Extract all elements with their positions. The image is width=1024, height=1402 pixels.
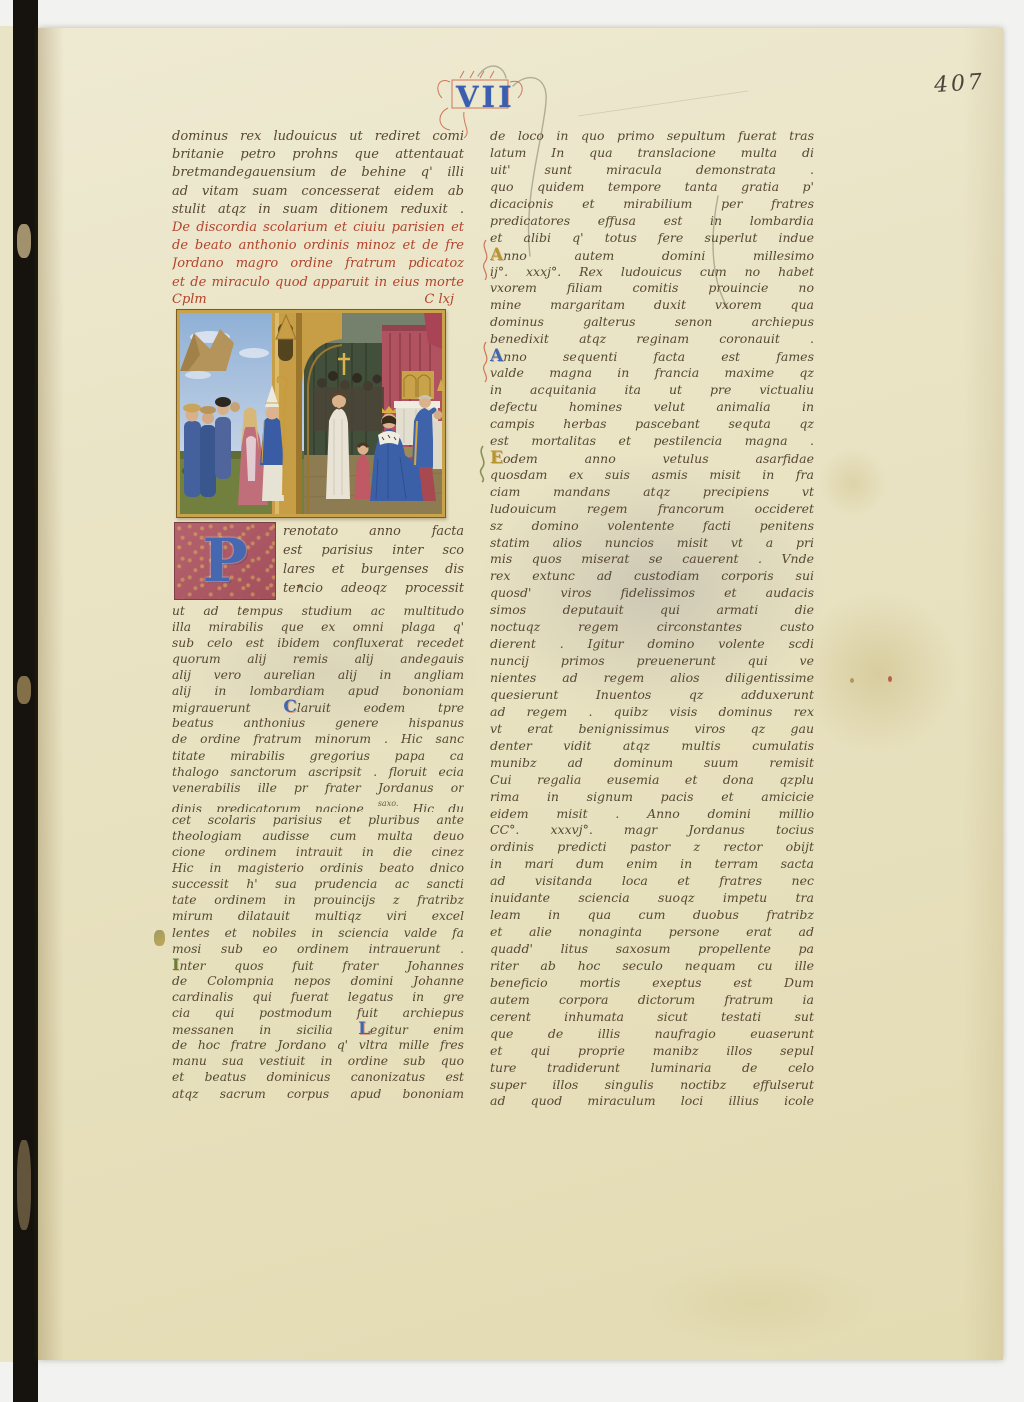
text-line: Anno autem domini millesimo [490, 247, 814, 264]
initial-P-panel: P [174, 522, 276, 600]
text-line: De discordia scolarium et ciuiu parisien… [172, 219, 464, 237]
text-line: Eodem anno vetulus asarfidae [490, 450, 814, 467]
text-line: successit h' sua prudencia ac sancti [172, 876, 464, 892]
folio-number: 407 [933, 67, 1024, 98]
text-line: cardinalis qui fuerat legatus in gre [172, 989, 464, 1005]
text-line: de loco in quo primo sepultum fuerat tra… [490, 128, 814, 145]
text-line: et alibi q' totus fere superlut indue [490, 230, 814, 247]
text-line: stulit atqz in suam ditionem reduxit . [172, 201, 464, 219]
text-line: alij vero aurelian alij in angliam [172, 667, 464, 683]
text-line: uit' sunt miracula demonstrata . [490, 162, 814, 179]
text-line: CC°. xxxvj°. magr Jordanus tocius [490, 822, 814, 839]
text-line: defectu homines velut animalia in [490, 399, 814, 416]
left-body-block: ut ad tempus studium ac multitudoilla mi… [172, 603, 464, 1102]
text-line: et alie nonaginta persone erat ad [490, 924, 814, 941]
scanned-manuscript-page: 407 VII [0, 0, 1024, 1402]
text-line: et beatus dominicus canonizatus est [172, 1069, 464, 1085]
parchment-page: 407 VII [38, 28, 1003, 1360]
text-line: cione ordinem intrauit in die cinez [172, 844, 464, 860]
text-line: benedixit atqz reginam coronauit . [490, 331, 814, 348]
text-line: leam in qua cum duobus fratribz [490, 907, 814, 924]
text-line: beatus anthonius genere hispanus [172, 715, 464, 731]
text-line: vxorem filiam comitis prouincie no [490, 280, 814, 297]
text-line: rex extunc ad custodiam corporis sui [490, 568, 814, 585]
text-line: rima in signum pacis et amicicie [490, 789, 814, 806]
text-span: migrauerunt [172, 701, 283, 715]
text-line: quadd' litus saxosum propellente pa [490, 941, 814, 958]
left-rubric-block: De discordia scolarium et ciuiu parisien… [172, 219, 464, 292]
stain [638, 1258, 878, 1348]
text-line: latum In qua translacione multa di [490, 145, 814, 162]
quire-numeral-text: VII [456, 80, 515, 114]
text-line: manu sua vestiuit in ordine sub quo [172, 1053, 464, 1069]
text-line: super illos singulis noctibz effulserut [490, 1077, 814, 1094]
text-line: de beato anthonio ordinis minoz et de fr… [172, 237, 464, 255]
initial-P-letter: P [202, 531, 247, 591]
decorated-initial: A [490, 348, 503, 365]
text-line: alij in lombardiam apud bononiam [172, 683, 464, 699]
right-text-column: de loco in quo primo sepultum fuerat tra… [490, 128, 814, 1110]
text-span: laruit eodem tpre [297, 701, 464, 715]
text-span: odem anno vetulus asarfidae [503, 451, 814, 466]
text-line: ordinis predicti pastor z rector obijt [490, 839, 814, 856]
ink-speck [850, 678, 854, 683]
text-line: quesierunt Inuentos qz adduxerunt [490, 687, 814, 704]
text-line: Hic in magisterio ordinis beato dnico [172, 860, 464, 876]
coronation-scene-miniature [176, 309, 446, 518]
text-line: dierent . Igitur domino volente scdi [490, 636, 814, 653]
text-line: riter ab hoc seculo nequam cu ille [490, 958, 814, 975]
text-line: mine margaritam duxit vxorem qua [490, 297, 814, 314]
text-line: de Colompnia nepos domini Johanne [172, 973, 464, 989]
text-line: de hoc fratre Jordano q' vltra mille fre… [172, 1037, 464, 1053]
text-line: inuidante sciencia suoqz impetu tra [490, 890, 814, 907]
text-line: tate ordinem in prouincijs z fratribz [172, 892, 464, 908]
text-line: noctuqz regem circonstantes custo [490, 619, 814, 636]
text-line: dicacionis et mirabilium per fratres [490, 196, 814, 213]
right-body-block: de loco in quo primo sepultum fuerat tra… [490, 128, 814, 1110]
text-line: ut ad tempus studium ac multitudo [172, 603, 464, 619]
binding-stitch [17, 676, 31, 704]
chapter-ref-right: C lxj [424, 292, 454, 307]
text-line: tencio adeoqz processit [283, 579, 464, 598]
text-line: predicatores effusa est in lombardia [490, 213, 814, 230]
text-line: denter vidit atqz multis cumulatis [490, 738, 814, 755]
text-span: egitur enim [370, 1023, 464, 1037]
text-line: cia qui postmodum fuit archiepus [172, 1005, 464, 1021]
text-line: renotato anno facta [283, 522, 464, 541]
text-span: nno autem domini millesimo [503, 248, 814, 263]
text-line: bretmandegauensium de behine q' illi [172, 164, 464, 182]
text-span: messanen in sicilia [172, 1023, 358, 1037]
decorated-initial: saxo. [378, 799, 399, 808]
text-line: venerabilis ille pr frater Jordanus or [172, 780, 464, 796]
text-line: mosi sub eo ordinem intrauerunt . [172, 941, 464, 957]
text-line: sz domino volentente facti penitens [490, 518, 814, 535]
text-line: thalogo sanctorum ascripsit . floruit ec… [172, 764, 464, 780]
binding-stitch [17, 224, 31, 258]
miniature-painting [176, 309, 446, 518]
text-line: illa mirabilis que ex omni plaga q' [172, 619, 464, 635]
text-line: ad quod miraculum loci illius icole [490, 1093, 814, 1110]
text-line: lentes et nobiles in sciencia valde fa [172, 925, 464, 941]
text-line: atqz sacrum corpus apud bononiam [172, 1086, 464, 1102]
text-span: dinis predicatorum nacione [172, 802, 378, 812]
text-line: nuncij primos preuenerunt qui ve [490, 653, 814, 670]
text-line: et de miraculo quod apparuit in eius mor… [172, 274, 464, 292]
text-line: eidem misit . Anno domini millio [490, 806, 814, 823]
text-line: Cui regalia eusemia et dona qzplu [490, 772, 814, 789]
text-line: de ordine fratrum minorum . Hic sanc [172, 731, 464, 747]
text-line: dominus rex ludouicus ut rediret comi [172, 128, 464, 146]
text-line: titate mirabilis gregorius papa ca [172, 748, 464, 764]
stain [818, 448, 888, 518]
left-text-column: dominus rex ludouicus ut rediret comibri… [172, 128, 464, 1102]
text-line: beneficio mortis exeptus est Dum [490, 975, 814, 992]
text-span: Hic du [398, 802, 464, 812]
text-line: statim alios nuncios misit vt a pri [490, 535, 814, 552]
binding-stitch [17, 1140, 31, 1230]
text-line: campis herbas pascebant sequta qz [490, 416, 814, 433]
decorated-initial: L [358, 1021, 370, 1037]
text-line: quo quidem tempore tanta gratia p' [490, 179, 814, 196]
green-penwork-flourish [474, 444, 490, 484]
text-line: ad visitanda loca et fratres nec [490, 873, 814, 890]
text-line: ciam mandans atqz precipiens vt [490, 484, 814, 501]
text-line: Jordano magro ordine fratrum pdicatoz [172, 255, 464, 273]
text-line: que de illis naufragio euaserunt [490, 1026, 814, 1043]
text-line: sub celo est ibidem confluxerat recedet [172, 635, 464, 651]
text-line: theologiam audisse cum multa deuo [172, 828, 464, 844]
text-line: lares et burgenses dis [283, 560, 464, 579]
green-marginal-initial-mark [154, 930, 165, 946]
binding-gutter [13, 0, 38, 1402]
text-line: britanie petro prohns que attentauat [172, 146, 464, 164]
text-line: est mortalitas et pestilencia magna . [490, 433, 814, 450]
text-line: cet scolaris parisius et pluribus ante [172, 812, 464, 828]
initial-adjacent-lines: renotato anno factaest parisius inter sc… [283, 522, 464, 600]
text-line: simos deputauit qui armati die [490, 602, 814, 619]
text-line: vt erat benignissimus viros qz gau [490, 721, 814, 738]
text-line: migrauerunt Claruit eodem tpre [172, 699, 464, 715]
text-line: est parisius inter sco [283, 541, 464, 560]
text-line: mis quos miserat se cauerent . Vnde [490, 551, 814, 568]
red-speck [888, 676, 892, 682]
text-line: quorum alij remis alij andegauis [172, 651, 464, 667]
text-line: valde magna in francia maxime qz [490, 365, 814, 382]
text-line: dinis predicatorum nacione saxo. Hic du [172, 796, 464, 812]
decorated-initial: C [283, 699, 297, 715]
text-line: ad vitam suam concesserat eidem ab [172, 183, 464, 201]
text-line: messanen in sicilia Legitur enim [172, 1021, 464, 1037]
text-line: ij°. xxxj°. Rex ludouicus cum no habet [490, 264, 814, 281]
text-line: ture tradiderunt luminaria de celo [490, 1060, 814, 1077]
text-line: autem corpora dictorum fratrum ia [490, 992, 814, 1009]
text-line: cerent inhumata sicut testati sut [490, 1009, 814, 1026]
chapter-ref-left: Cplm [172, 292, 207, 307]
text-line: in acquitania ita ut pre victualiu [490, 382, 814, 399]
text-line: Inter quos fuit frater Johannes [172, 957, 464, 973]
text-line: ad regem . quibz visis dominus rex [490, 704, 814, 721]
text-span: nno sequenti facta est fames [503, 349, 814, 364]
text-line: munibz ad dominum suum remisit [490, 755, 814, 772]
text-line: mirum dilatauit multiqz viri excel [172, 908, 464, 924]
text-line: quosd' viros fidelissimos et audacis [490, 585, 814, 602]
text-line: in mari dum enim in terram sacta [490, 856, 814, 873]
decorated-initial-block: P renotato anno factaest parisius inter … [174, 522, 464, 600]
decorated-initial: A [490, 247, 503, 264]
text-span: nter quos fuit frater Johannes [179, 959, 464, 973]
text-line: ludouicum regem francorum occideret [490, 501, 814, 518]
text-line: dominus galterus senon archiepus [490, 314, 814, 331]
text-line: quosdam ex suis asmis misit in fra [490, 467, 814, 484]
stain [798, 588, 958, 758]
left-intro-block: dominus rex ludouicus ut rediret comibri… [172, 128, 464, 219]
text-line: nientes ad regem alios diligentissime [490, 670, 814, 687]
chapter-reference-row: Cplm C lxj [172, 292, 464, 307]
decorated-initial: E [490, 450, 503, 467]
text-line: Anno sequenti facta est fames [490, 348, 814, 365]
text-line: et qui proprie manibz illos sepul [490, 1043, 814, 1060]
